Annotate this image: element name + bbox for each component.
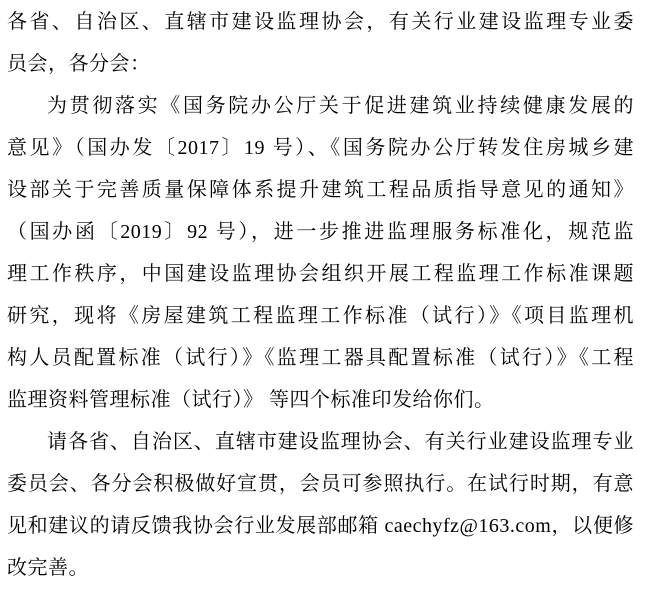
text-line: 设部关于完善质量保障体系提升建筑工程品质指导意见的通知》: [7, 169, 634, 211]
text-line: （国办函〔2019〕92 号），进一步推进监理服务标准化，规范监: [7, 211, 634, 253]
paragraph-closing: 请各省、自治区、直辖市建设监理协会、有关行业建设监理专业 委员会、各分会积极做好…: [7, 421, 634, 589]
text-line-email: 见和建议的请反馈我协会行业发展部邮箱 caechyfz@163.com，以便修: [7, 505, 634, 547]
text-line: 员会，各分会：: [7, 43, 634, 85]
text-line: 理工作秩序，中国建设监理协会组织开展工程监理工作标准课题: [7, 253, 634, 295]
text-line: 研究，现将《房屋建筑工程监理工作标准（试行）》《项目监理机: [7, 295, 634, 337]
text-line: 各省、自治区、直辖市建设监理协会，有关行业建设监理专业委: [7, 1, 634, 43]
text-line: 监理资料管理标准（试行）》 等四个标准印发给你们。: [7, 379, 634, 421]
paragraph-salutation: 各省、自治区、直辖市建设监理协会，有关行业建设监理专业委 员会，各分会：: [7, 1, 634, 85]
text-line: 请各省、自治区、直辖市建设监理协会、有关行业建设监理专业: [7, 421, 634, 463]
text-line: 意见》（国办发〔2017〕19 号）、《国务院办公厅转发住房城乡建: [7, 127, 634, 169]
text-line: 构人员配置标准（试行）》《监理工器具配置标准（试行）》《工程: [7, 337, 634, 379]
text-line: 为贯彻落实《国务院办公厅关于促进建筑业持续健康发展的: [7, 85, 634, 127]
text-line: 委员会、各分会积极做好宣贯，会员可参照执行。在试行时期，有意: [7, 463, 634, 505]
text-line: 改完善。: [7, 547, 634, 589]
paragraph-body: 为贯彻落实《国务院办公厅关于促进建筑业持续健康发展的 意见》（国办发〔2017〕…: [7, 85, 634, 421]
document-page: 各省、自治区、直辖市建设监理协会，有关行业建设监理专业委 员会，各分会： 为贯彻…: [0, 0, 646, 596]
